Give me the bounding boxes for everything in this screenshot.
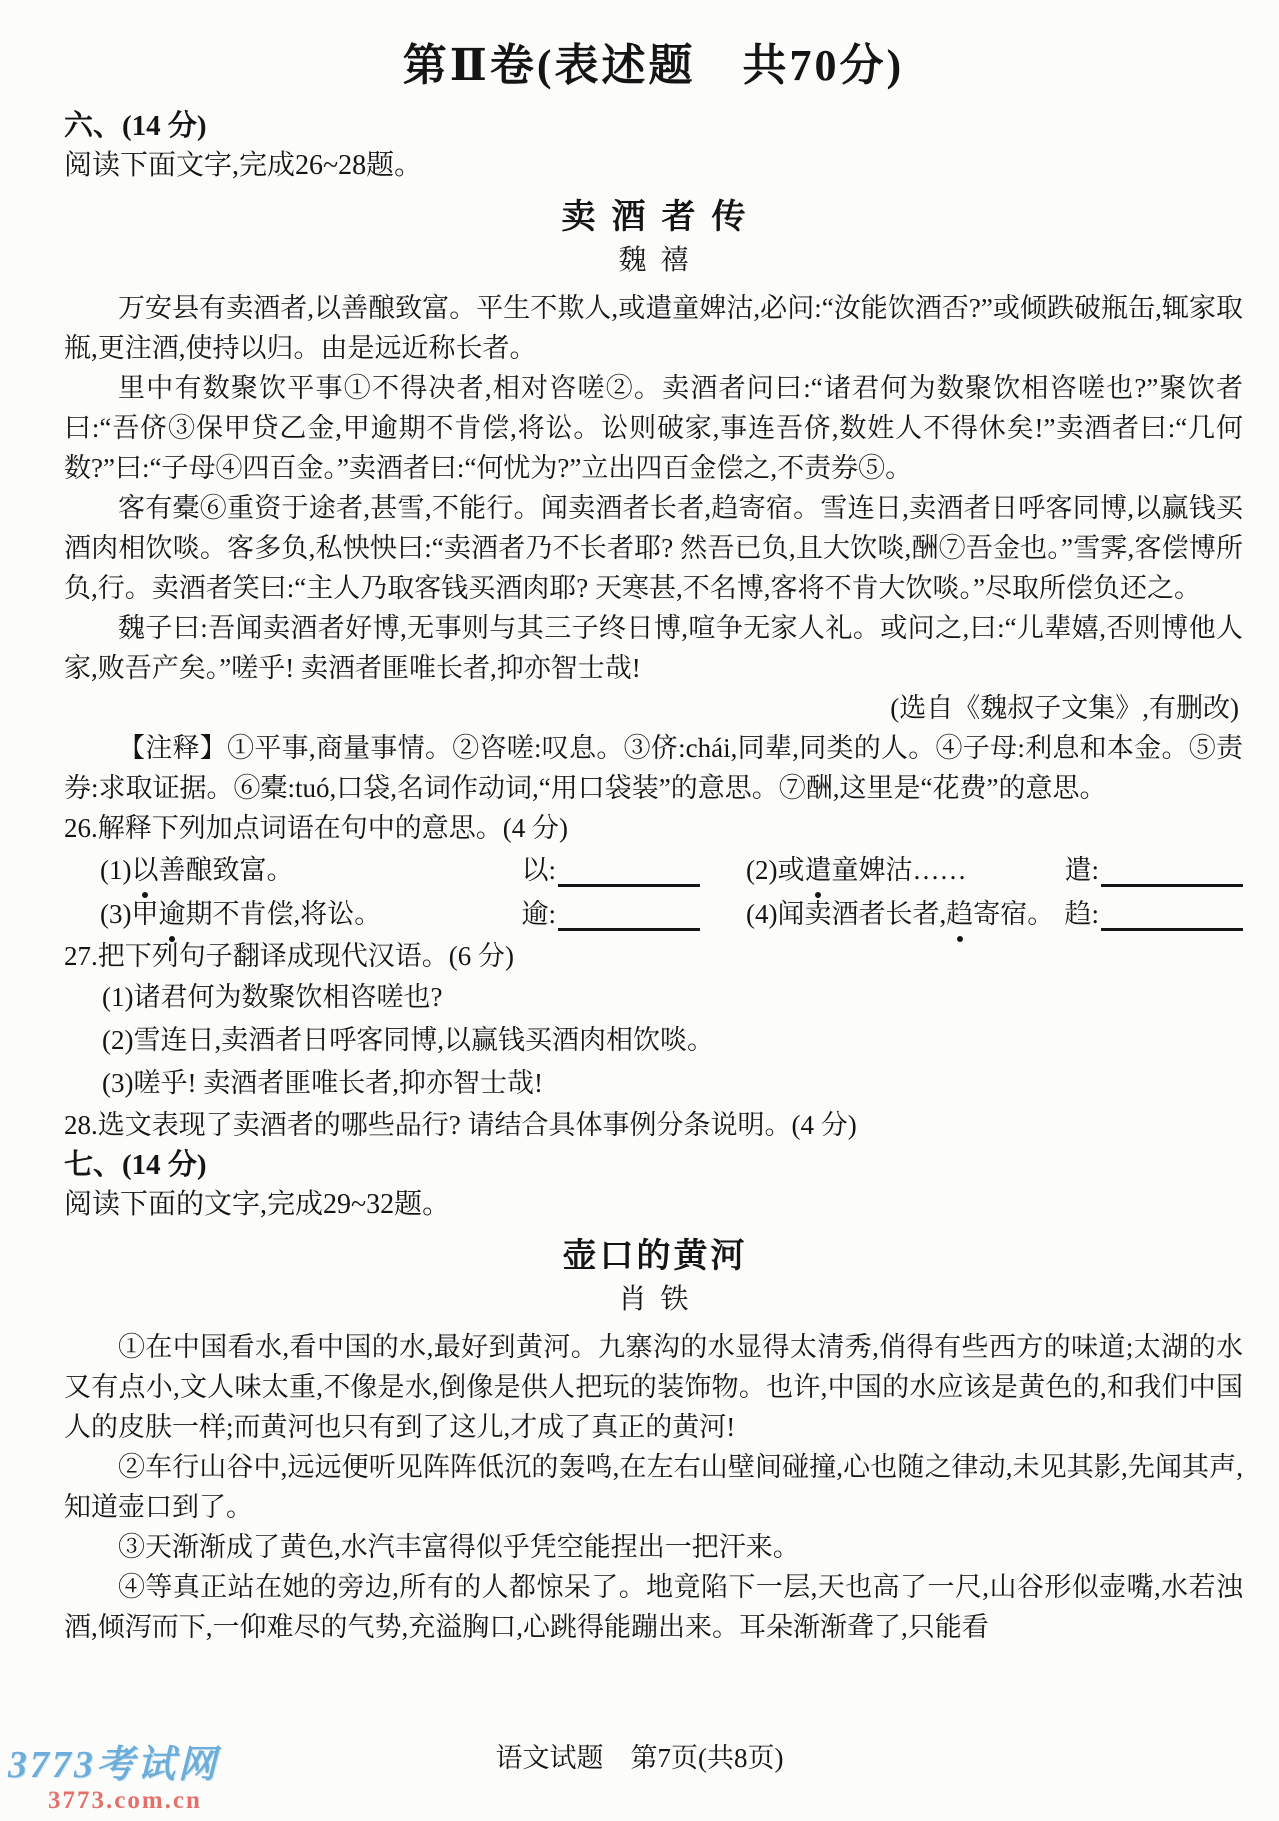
answer-label: 遣:	[1064, 855, 1099, 885]
phrase-text: 寄宿。	[973, 899, 1054, 929]
question26-item-3-phrase: (3)甲逾期不肯偿,将讼。	[100, 892, 381, 936]
question26-item-1: (1)以善酿致富。 以:	[100, 848, 700, 892]
question26-item-4-phrase: (4)闻卖酒者长者,趋寄宿。	[746, 892, 1054, 936]
question26-item-2-answer: 遣:	[1064, 848, 1243, 892]
article1-notes: 【注释】①平事,商量事情。②咨嗟:叹息。③侪:chái,同辈,同类的人。④子母:…	[64, 728, 1243, 808]
watermark-site-name: 3773考试网	[8, 1746, 219, 1784]
question26-item-4-answer: 趋:	[1064, 892, 1243, 936]
question26-item-3-answer: 逾:	[521, 892, 700, 936]
question27-item-3: (3)嗟乎! 卖酒者匪唯长者,抑亦智士哉!	[64, 1062, 1243, 1105]
article1-author: 魏禧	[64, 242, 1243, 280]
question26-row-1: (1)以善酿致富。 以: (2)或遣童婢沽…… 遣:	[64, 848, 1243, 892]
question26-row-2: (3)甲逾期不肯偿,将讼。 逾: (4)闻卖酒者长者,趋寄宿。 趋:	[64, 892, 1243, 936]
article1-paragraph-2: 里中有数聚饮平事①不得决者,相对咨嗟②。卖酒者问曰:“诸君何为数聚饮相咨嗟也?”…	[64, 368, 1243, 488]
section7-instruction: 阅读下面的文字,完成29~32题。	[64, 1185, 1243, 1225]
question28-stem: 28.选文表现了卖酒者的哪些品行? 请结合具体事例分条说明。(4 分)	[64, 1105, 1243, 1145]
question26-item-4: (4)闻卖酒者长者,趋寄宿。 趋:	[746, 892, 1243, 936]
article1-paragraph-1: 万安县有卖酒者,以善酿致富。平生不欺人,或遣童婢沽,必问:“汝能饮酒否?”或倾跌…	[64, 288, 1243, 368]
article1-attribution: (选自《魏叔子文集》,有删改)	[64, 688, 1243, 728]
article1-paragraph-3: 客有橐⑥重资于途者,甚雪,不能行。闻卖酒者长者,趋寄宿。雪连日,卖酒者日呼客同博…	[64, 488, 1243, 608]
phrase-text: (3)甲	[100, 899, 158, 929]
emphasized-char: 以	[131, 848, 158, 892]
answer-label: 趋:	[1064, 899, 1099, 929]
article2-title: 壶口的黄河	[64, 1235, 1243, 1279]
phrase-text: 善酿致富。	[158, 855, 293, 885]
answer-label: 以:	[521, 855, 556, 885]
watermark: 3773考试网 3773.com.cn	[8, 1746, 219, 1813]
article2-paragraph-2: ②车行山谷中,远远便听见阵阵低沉的轰鸣,在左右山壁间碰撞,心也随之律动,未见其影…	[64, 1447, 1243, 1527]
question27-item-1: (1)诸君何为数聚饮相咨嗟也?	[64, 976, 1243, 1019]
phrase-text: (4)闻卖酒者长者,	[746, 899, 946, 929]
question26-item-2: (2)或遣童婢沽…… 遣:	[746, 848, 1243, 892]
answer-blank	[1101, 898, 1243, 931]
article2-paragraph-4: ④等真正站在她的旁边,所有的人都惊呆了。地竟陷下一层,天也高了一尺,山谷形似壶嘴…	[64, 1567, 1243, 1647]
phrase-text: (2)或	[746, 855, 804, 885]
question26-item-1-phrase: (1)以善酿致富。	[100, 848, 293, 892]
article1-paragraph-4: 魏子曰:吾闻卖酒者好博,无事则与其三子终日博,喧争无家人礼。或问之,曰:“儿辈嬉…	[64, 608, 1243, 688]
section7-heading: 七、(14 分)	[64, 1145, 1243, 1185]
section6-instruction: 阅读下面文字,完成26~28题。	[64, 146, 1243, 186]
question27-item-2: (2)雪连日,卖酒者日呼客同博,以赢钱买酒肉相饮啖。	[64, 1019, 1243, 1062]
question26-item-2-phrase: (2)或遣童婢沽……	[746, 848, 966, 892]
answer-blank	[558, 854, 700, 887]
question26-stem: 26.解释下列加点词语在句中的意思。(4 分)	[64, 808, 1243, 848]
article1-title: 卖酒者传	[64, 196, 1243, 240]
question26-item-1-answer: 以:	[521, 848, 700, 892]
answer-label: 逾:	[521, 899, 556, 929]
exam-paper-page: 第Ⅱ卷(表述题 共70分) 六、(14 分) 阅读下面文字,完成26~28题。 …	[0, 0, 1279, 1821]
answer-blank	[1101, 854, 1243, 887]
phrase-text: 期不肯偿,将讼。	[185, 899, 381, 929]
emphasized-char: 逾	[158, 892, 185, 936]
emphasized-char: 遣	[804, 848, 831, 892]
page-title: 第Ⅱ卷(表述题 共70分)	[64, 40, 1243, 92]
phrase-text: (1)	[100, 855, 131, 885]
watermark-site-url: 3773.com.cn	[48, 1788, 219, 1813]
answer-blank	[558, 898, 700, 931]
article2-paragraph-3: ③天渐渐成了黄色,水汽丰富得似乎凭空能捏出一把汗来。	[64, 1527, 1243, 1567]
article2-paragraph-1: ①在中国看水,看中国的水,最好到黄河。九寨沟的水显得太清秀,俏得有些西方的味道;…	[64, 1327, 1243, 1447]
question26-item-3: (3)甲逾期不肯偿,将讼。 逾:	[100, 892, 700, 936]
article2-author: 肖铁	[64, 1281, 1243, 1319]
phrase-text: 童婢沽……	[831, 855, 966, 885]
section6-heading: 六、(14 分)	[64, 106, 1243, 146]
question27-stem: 27.把下列句子翻译成现代汉语。(6 分)	[64, 936, 1243, 976]
emphasized-char: 趋	[946, 892, 973, 936]
